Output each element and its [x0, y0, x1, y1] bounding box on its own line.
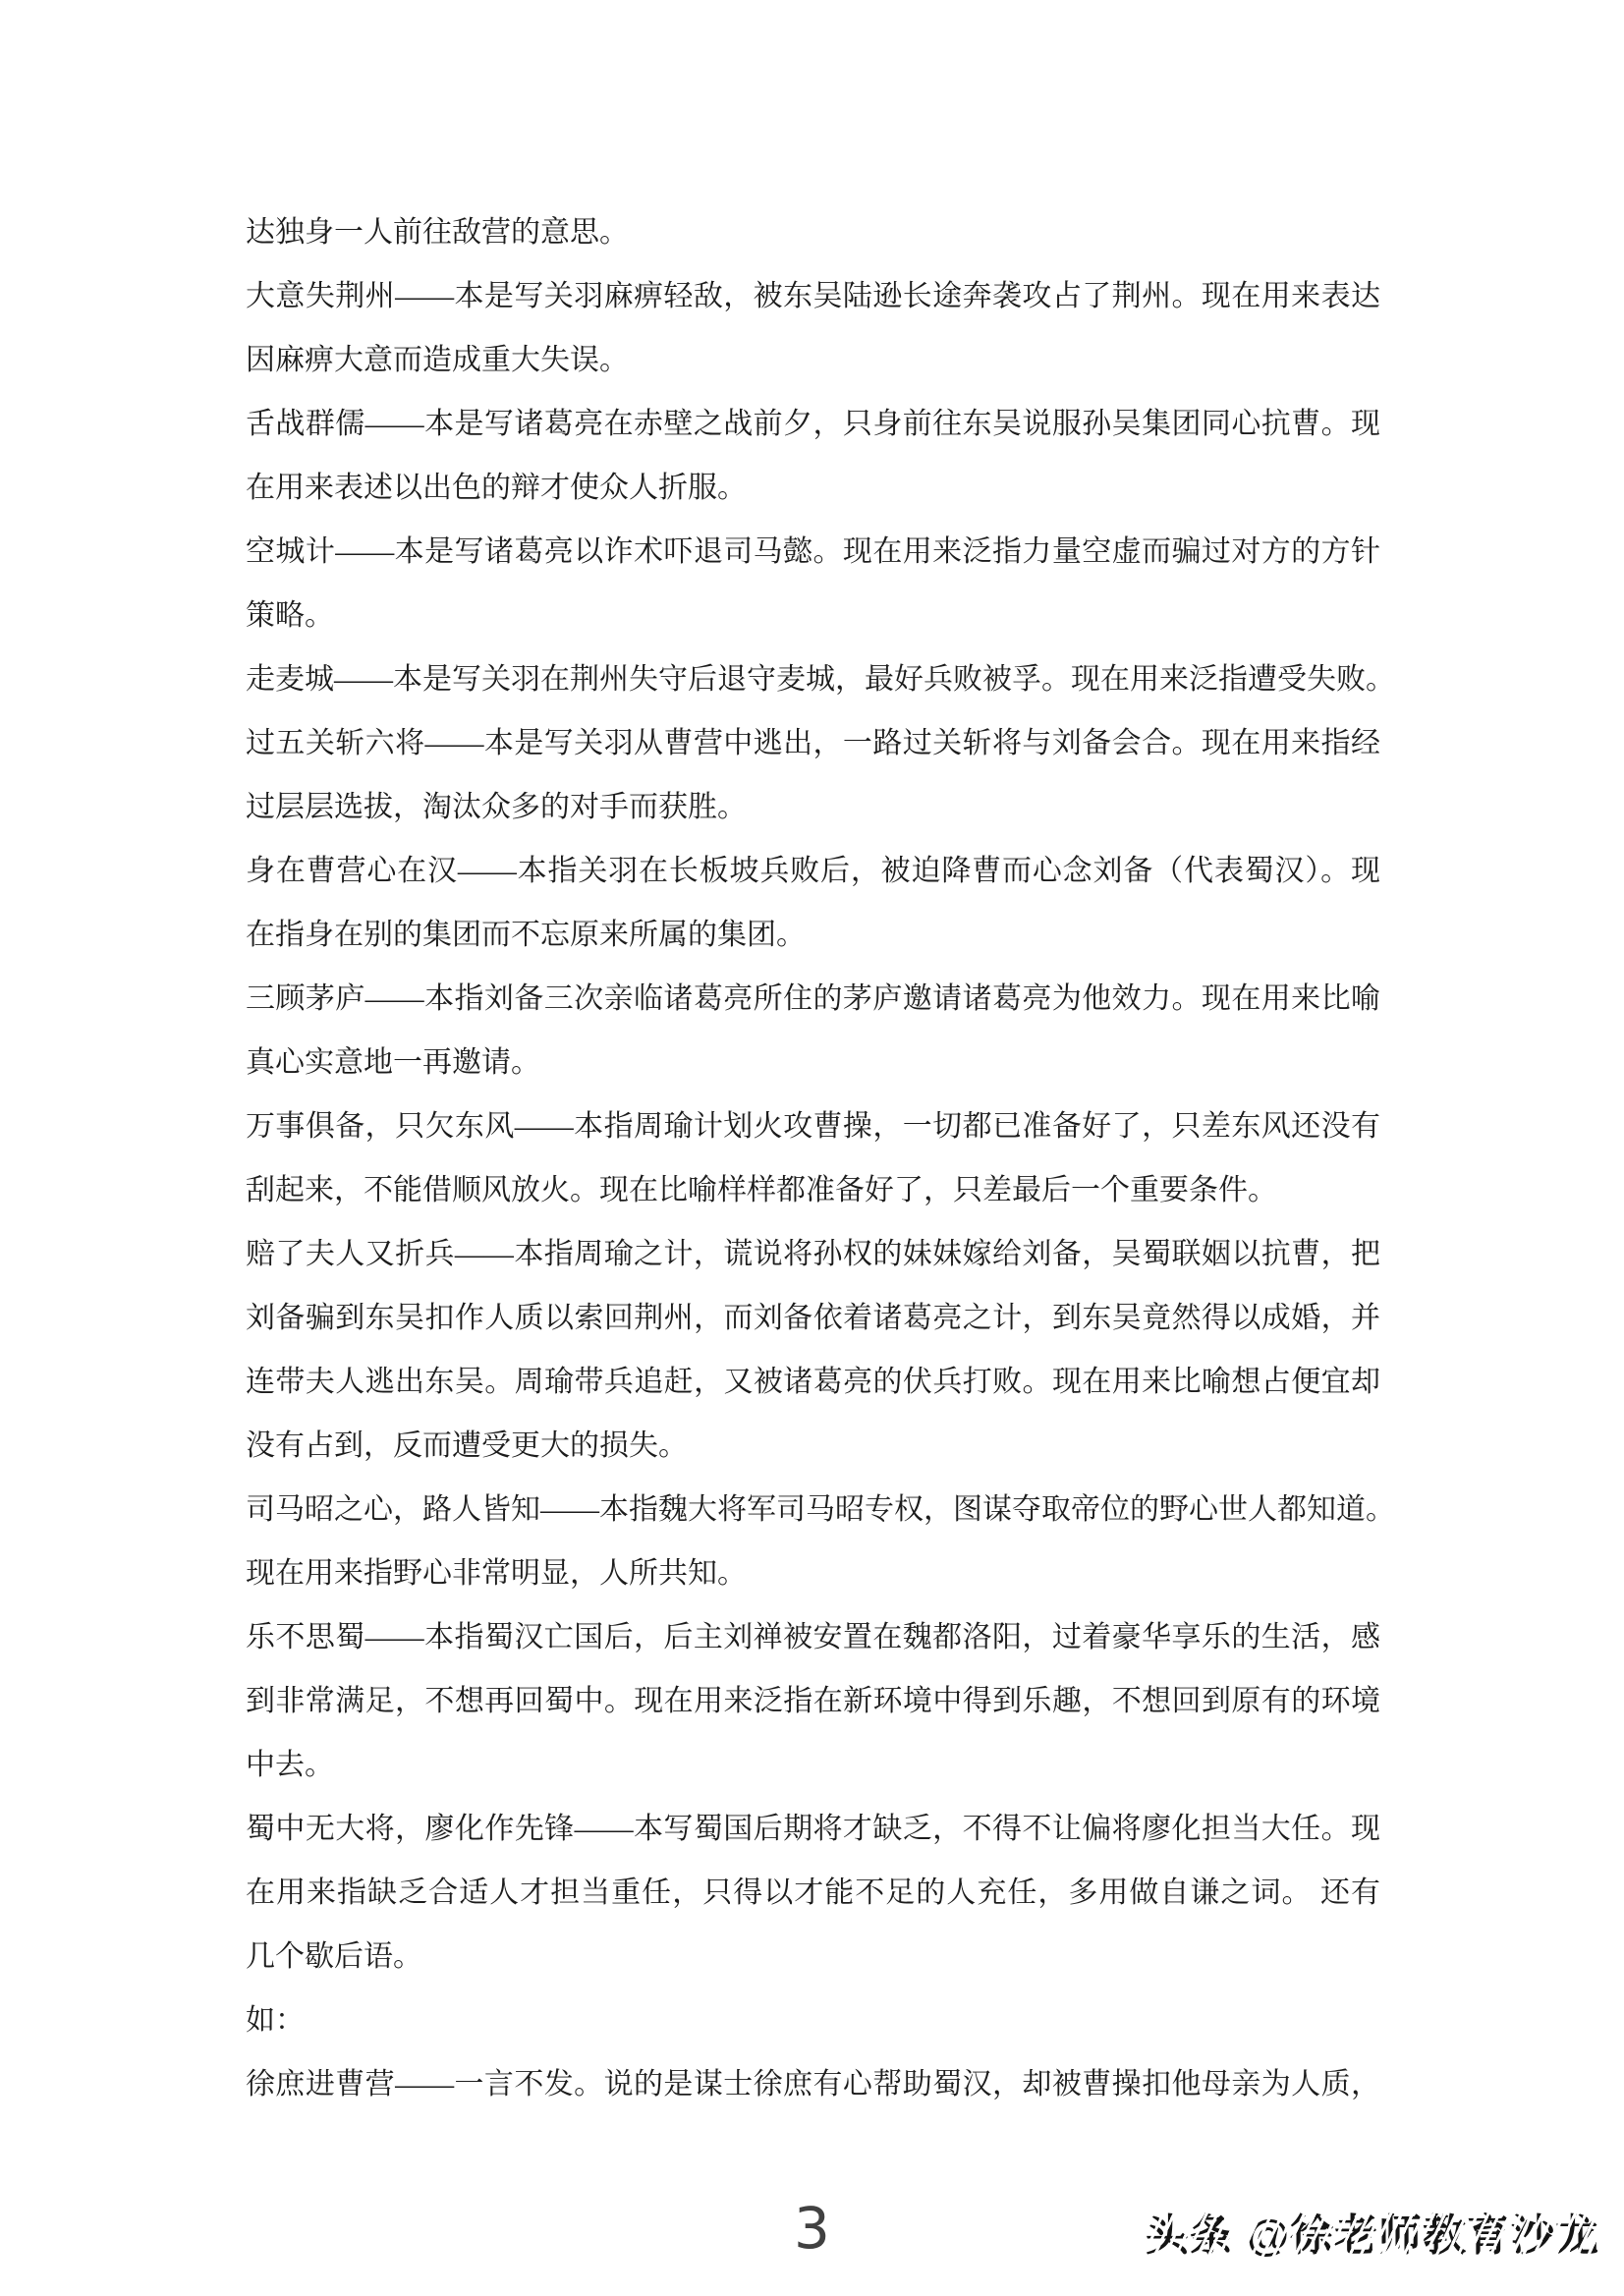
- text-line: 刮起来，不能借顺风放火。现在比喻样样都准备好了，只差最后一个重要条件。: [246, 1158, 1380, 1222]
- watermark: 头条 @徐老师教育沙龙: [1146, 2209, 1599, 2264]
- text-line: 到非常满足，不想再回蜀中。现在用来泛指在新环境中得到乐趣，不想回到原有的环境: [246, 1669, 1380, 1733]
- text-line: 三顾茅庐——本指刘备三次亲临诸葛亮所住的茅庐邀请诸葛亮为他效力。现在用来比喻: [246, 967, 1380, 1031]
- text-line: 现在用来指野心非常明显，人所共知。: [246, 1541, 1380, 1605]
- text-line: 如：: [246, 1988, 1380, 2052]
- text-line: 策略。: [246, 584, 1380, 647]
- text-line: 因麻痹大意而造成重大失误。: [246, 328, 1380, 392]
- text-line: 舌战群儒——本是写诸葛亮在赤壁之战前夕，只身前往东吴说服孙吴集团同心抗曹。现: [246, 392, 1380, 456]
- text-line: 赔了夫人又折兵——本指周瑜之计，谎说将孙权的妹妹嫁给刘备，吴蜀联姻以抗曹，把: [246, 1222, 1380, 1286]
- text-line: 连带夫人逃出东吴。周瑜带兵追赶，又被诸葛亮的伏兵打败。现在用来比喻想占便宜却: [246, 1350, 1380, 1414]
- text-line: 徐庶进曹营——一言不发。说的是谋士徐庶有心帮助蜀汉，却被曹操扣他母亲为人质，: [246, 2052, 1380, 2116]
- text-line: 刘备骗到东吴扣作人质以索回荆州，而刘备依着诸葛亮之计，到东吴竟然得以成婚，并: [246, 1286, 1380, 1350]
- text-line: 在指身在别的集团而不忘原来所属的集团。: [246, 903, 1380, 967]
- text-line: 中去。: [246, 1733, 1380, 1797]
- text-line: 过层层选拔，淘汰众多的对手而获胜。: [246, 775, 1380, 839]
- text-line: 身在曹营心在汉——本指关羽在长板坡兵败后，被迫降曹而心念刘备（代表蜀汉）。现: [246, 839, 1380, 903]
- text-line: 过五关斩六将——本是写关羽从曹营中逃出，一路过关斩将与刘备会合。现在用来指经: [246, 711, 1380, 775]
- text-line: 达独身一人前往敌营的意思。: [246, 200, 1380, 264]
- text-line: 走麦城——本是写关羽在荆州失守后退守麦城，最好兵败被孚。现在用来泛指遭受失败。: [246, 647, 1380, 711]
- text-line: 乐不思蜀——本指蜀汉亡国后，后主刘禅被安置在魏都洛阳，过着豪华享乐的生活，感: [246, 1605, 1380, 1669]
- text-line: 万事俱备，只欠东风——本指周瑜计划火攻曹操，一切都已准备好了，只差东风还没有: [246, 1094, 1380, 1158]
- text-line: 大意失荆州——本是写关羽麻痹轻敌，被东吴陆逊长途奔袭攻占了荆州。现在用来表达: [246, 264, 1380, 328]
- text-line: 真心实意地一再邀请。: [246, 1031, 1380, 1094]
- text-line: 没有占到，反而遭受更大的损失。: [246, 1414, 1380, 1478]
- text-line: 在用来表述以出色的辩才使众人折服。: [246, 456, 1380, 520]
- document-page: 达独身一人前往敌营的意思。大意失荆州——本是写关羽麻痹轻敌，被东吴陆逊长途奔袭攻…: [0, 0, 1624, 2296]
- text-line: 在用来指缺乏合适人才担当重任，只得以才能不足的人充任，多用做自谦之词。 还有: [246, 1861, 1380, 1925]
- text-line: 几个歇后语。: [246, 1925, 1380, 1988]
- text-line: 蜀中无大将，廖化作先锋——本写蜀国后期将才缺乏，不得不让偏将廖化担当大任。现: [246, 1797, 1380, 1861]
- text-line: 司马昭之心，路人皆知——本指魏大将军司马昭专权，图谋夺取帝位的野心世人都知道。: [246, 1478, 1380, 1541]
- text-line: 空城计——本是写诸葛亮以诈术吓退司马懿。现在用来泛指力量空虚而骗过对方的方针: [246, 520, 1380, 584]
- body-text: 达独身一人前往敌营的意思。大意失荆州——本是写关羽麻痹轻敌，被东吴陆逊长途奔袭攻…: [246, 200, 1380, 2116]
